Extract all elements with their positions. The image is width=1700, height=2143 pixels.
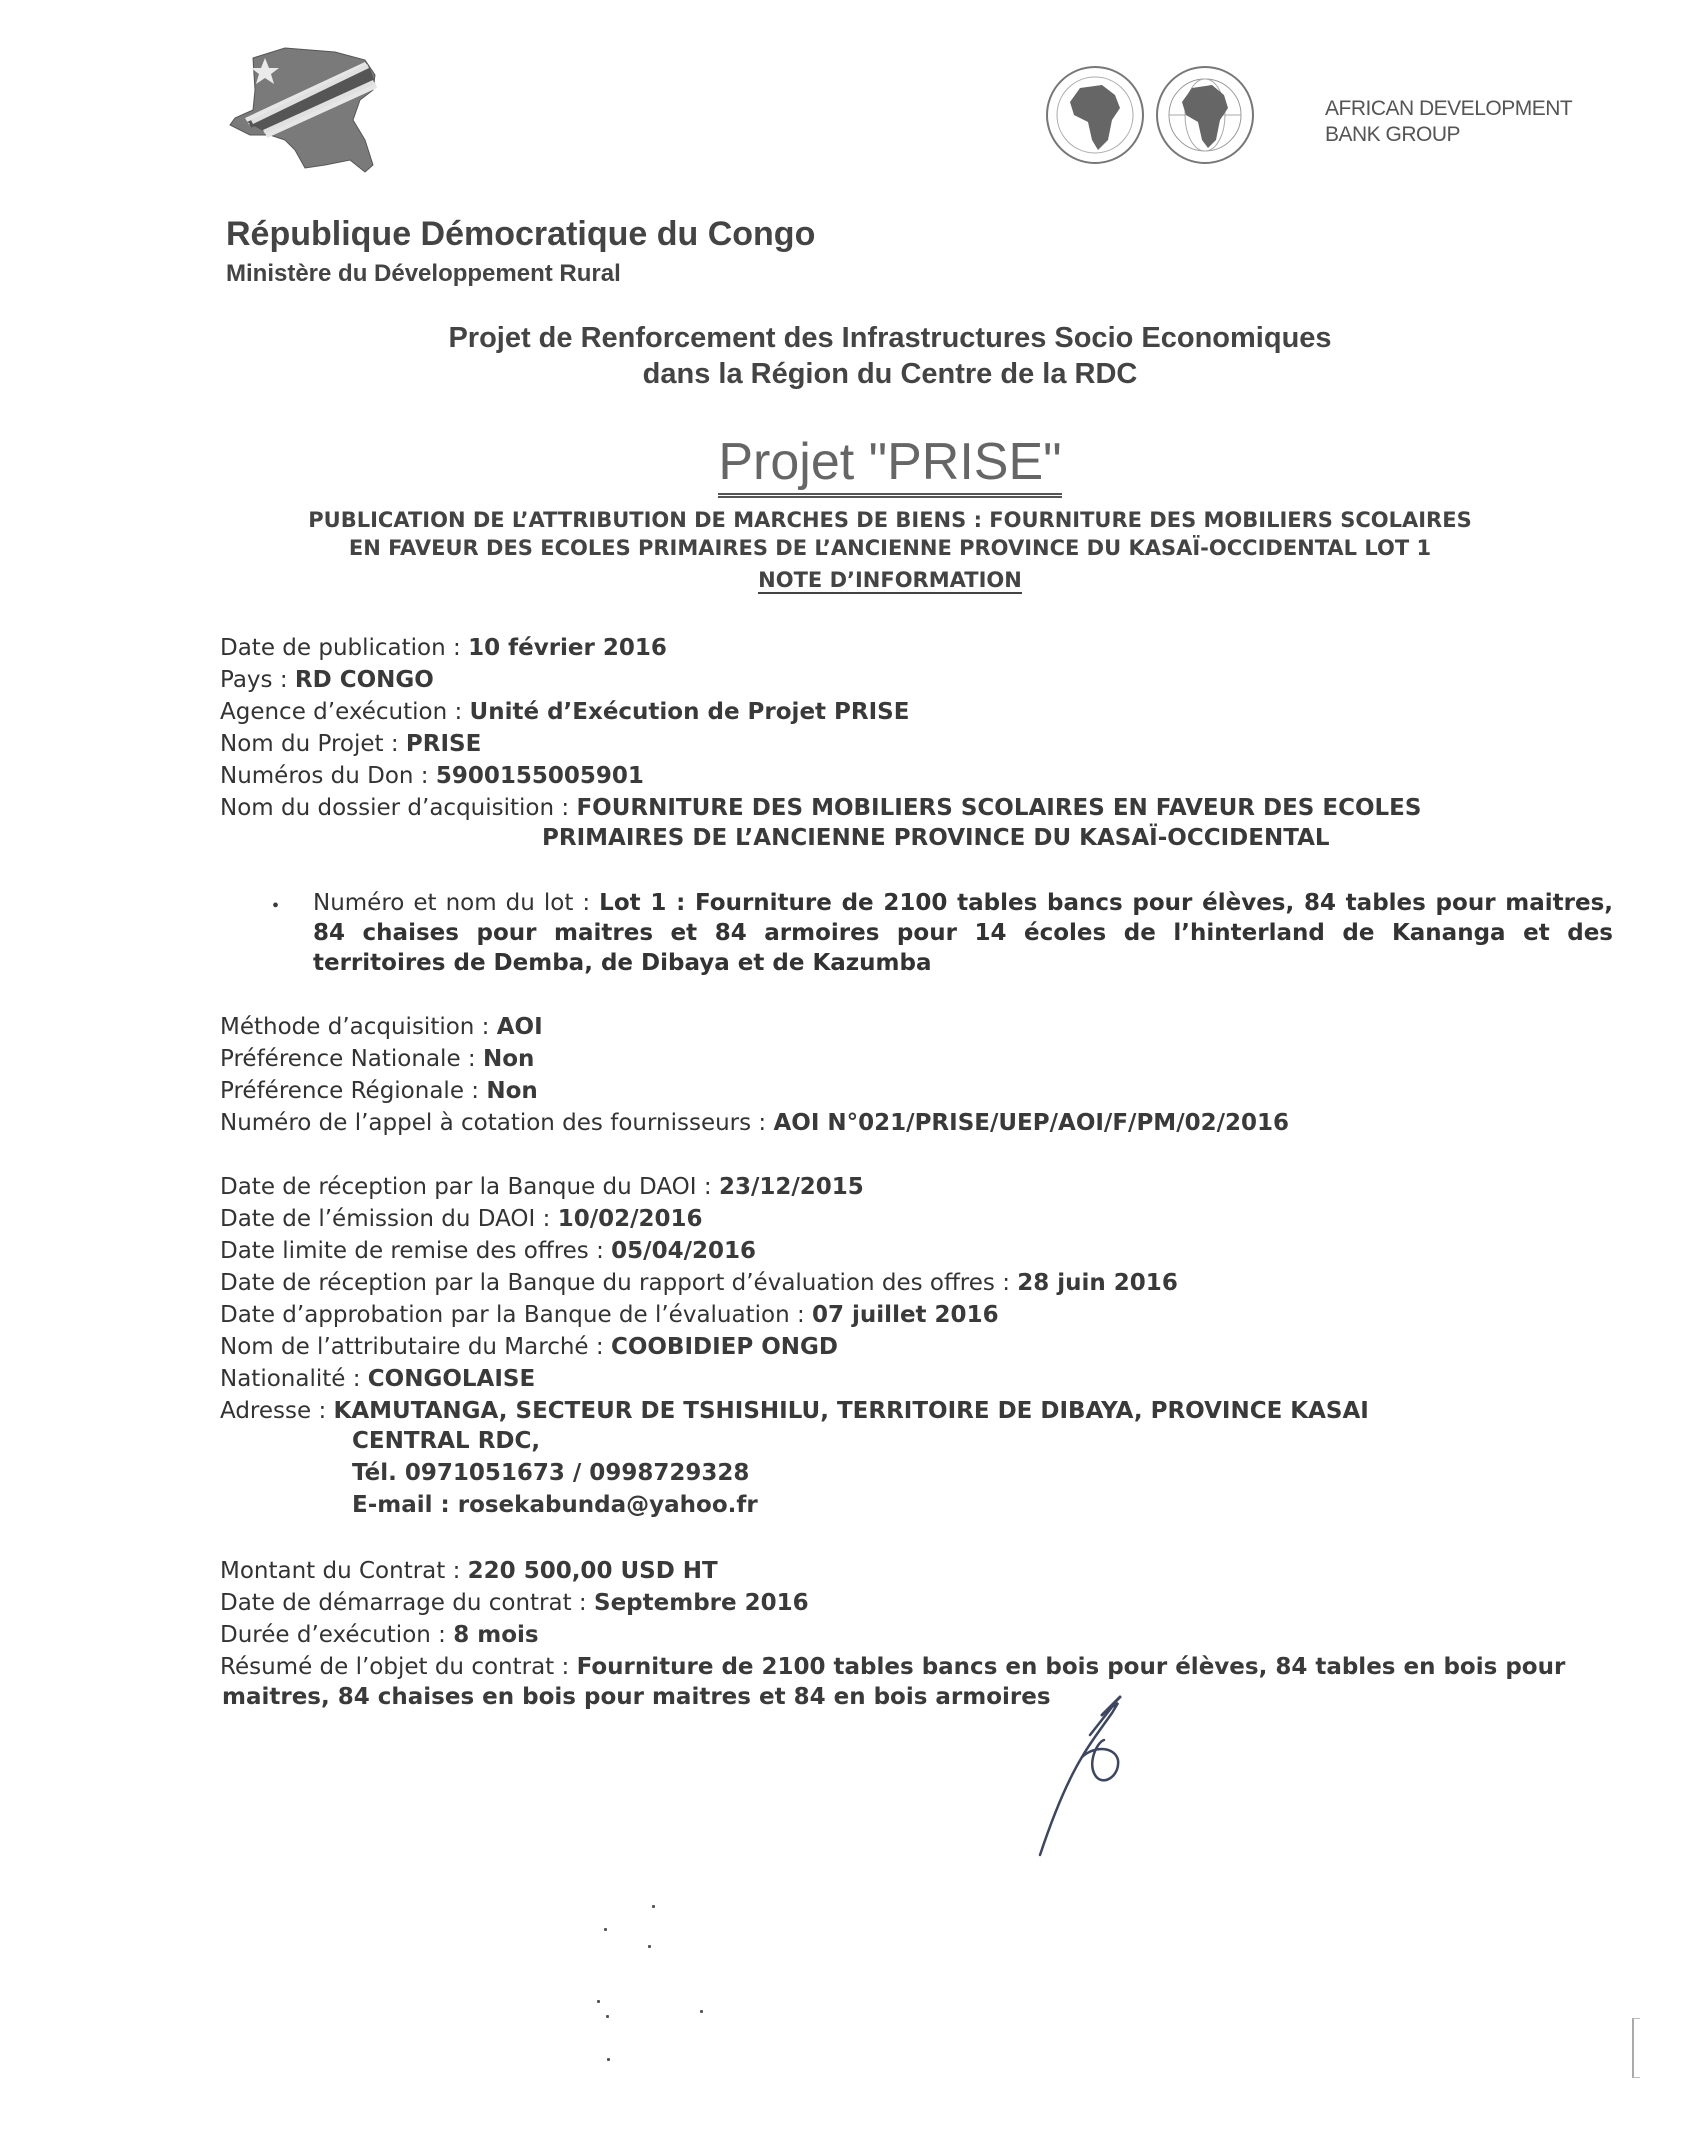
field-value: RD CONGO bbox=[295, 667, 434, 693]
field-label: Méthode d’acquisition : bbox=[220, 1014, 497, 1040]
field-label: Date de l’émission du DAOI : bbox=[220, 1206, 558, 1232]
field-label: Durée d’exécution : bbox=[220, 1622, 453, 1648]
field-adresse-line2: CENTRAL RDC, bbox=[352, 1428, 540, 1454]
field-date-rapport: Date de réception par la Banque du rappo… bbox=[220, 1268, 1178, 1298]
field-montant: Montant du Contrat : 220 500,00 USD HT bbox=[220, 1556, 718, 1586]
field-label: Nom de l’attributaire du Marché : bbox=[220, 1334, 611, 1360]
field-label: Adresse : bbox=[220, 1398, 334, 1424]
field-date-approbation: Date d’approbation par la Banque de l’év… bbox=[220, 1300, 999, 1330]
afdb-line1: AFRICAN DEVELOPMENT bbox=[1325, 96, 1572, 122]
field-label: Date de démarrage du contrat : bbox=[220, 1590, 594, 1616]
field-label: Nom du Projet : bbox=[220, 731, 406, 757]
project-name-heading: Projet "PRISE" bbox=[0, 432, 1700, 492]
field-label: Pays : bbox=[220, 667, 295, 693]
field-lot-line2: 84 chaises pour maitres et 84 armoires p… bbox=[313, 918, 1613, 948]
field-date-limite: Date limite de remise des offres : 05/04… bbox=[220, 1236, 756, 1266]
note-information: NOTE D’INFORMATION bbox=[758, 568, 1022, 594]
field-date-publication: Date de publication : 10 février 2016 bbox=[220, 633, 667, 663]
scan-artifact bbox=[597, 2000, 600, 2003]
field-numero-don: Numéros du Don : 5900155005901 bbox=[220, 761, 644, 791]
field-value: 220 500,00 USD HT bbox=[468, 1558, 718, 1584]
field-value: PRISE bbox=[406, 731, 481, 757]
field-label: Numéros du Don : bbox=[220, 763, 436, 789]
field-value: 05/04/2016 bbox=[611, 1238, 756, 1264]
field-label: Agence d’exécution : bbox=[220, 699, 470, 725]
field-label: Nationalité : bbox=[220, 1366, 368, 1392]
field-pref-nationale: Préférence Nationale : Non bbox=[220, 1044, 534, 1074]
field-adresse-tel: Tél. 0971051673 / 0998729328 bbox=[352, 1460, 749, 1486]
field-label: Date d’approbation par la Banque de l’év… bbox=[220, 1302, 812, 1328]
field-value: Lot 1 : Fourniture de 2100 tables bancs … bbox=[599, 890, 1613, 916]
field-lot-line3: territoires de Demba, de Dibaya et de Ka… bbox=[313, 948, 1613, 978]
field-duree: Durée d’exécution : 8 mois bbox=[220, 1620, 539, 1650]
field-value: AOI N°021/PRISE/UEP/AOI/F/PM/02/2016 bbox=[774, 1110, 1290, 1136]
field-resume: Résumé de l’objet du contrat : Fournitur… bbox=[220, 1652, 1565, 1682]
field-date-demarrage: Date de démarrage du contrat : Septembre… bbox=[220, 1588, 809, 1618]
field-nationalite: Nationalité : CONGOLAISE bbox=[220, 1364, 535, 1394]
field-value: 8 mois bbox=[453, 1622, 538, 1648]
afdb-line2: BANK GROUP bbox=[1325, 122, 1572, 148]
field-adresse-email: E-mail : rosekabunda@yahoo.fr bbox=[352, 1492, 758, 1518]
drc-map-flag-icon bbox=[225, 40, 405, 180]
field-value: 28 juin 2016 bbox=[1017, 1270, 1178, 1296]
field-label: Numéro de l’appel à cotation des fournis… bbox=[220, 1110, 774, 1136]
field-pref-regionale: Préférence Régionale : Non bbox=[220, 1076, 538, 1106]
field-value: Non bbox=[486, 1078, 537, 1104]
field-label: Montant du Contrat : bbox=[220, 1558, 468, 1584]
field-dossier-continued: PRIMAIRES DE L’ANCIENNE PROVINCE DU KASA… bbox=[542, 825, 1330, 851]
field-pays: Pays : RD CONGO bbox=[220, 665, 434, 695]
scan-artifact bbox=[607, 2058, 610, 2061]
field-value: KAMUTANGA, SECTEUR DE TSHISHILU, TERRITO… bbox=[334, 1398, 1369, 1424]
field-value: Unité d’Exécution de Projet PRISE bbox=[470, 699, 910, 725]
field-value: 23/12/2015 bbox=[719, 1174, 864, 1200]
field-agence: Agence d’exécution : Unité d’Exécution d… bbox=[220, 697, 909, 727]
field-value: Non bbox=[483, 1046, 534, 1072]
field-value: COOBIDIEP ONGD bbox=[611, 1334, 838, 1360]
field-label: Date limite de remise des offres : bbox=[220, 1238, 611, 1264]
afdb-wordmark: AFRICAN DEVELOPMENT BANK GROUP bbox=[1325, 96, 1572, 148]
scan-bracket-mark bbox=[1632, 2018, 1640, 2078]
scan-artifact bbox=[648, 1945, 651, 1948]
bullet-icon: • bbox=[272, 895, 279, 918]
field-nom-projet: Nom du Projet : PRISE bbox=[220, 729, 481, 759]
field-value: CONGOLAISE bbox=[368, 1366, 535, 1392]
field-label: Date de réception par la Banque du rappo… bbox=[220, 1270, 1017, 1296]
field-value: AOI bbox=[497, 1014, 543, 1040]
field-value: FOURNITURE DES MOBILIERS SCOLAIRES EN FA… bbox=[576, 795, 1421, 821]
scan-artifact bbox=[700, 2010, 703, 2013]
publication-title-line1: PUBLICATION DE L’ATTRIBUTION DE MARCHES … bbox=[0, 508, 1700, 532]
publication-title-line2: EN FAVEUR DES ECOLES PRIMAIRES DE L’ANCI… bbox=[0, 536, 1700, 560]
note-information-heading: NOTE D’INFORMATION bbox=[0, 568, 1700, 592]
field-value: Fourniture de 2100 tables bancs en bois … bbox=[577, 1654, 1566, 1680]
field-date-reception-daoi: Date de réception par la Banque du DAOI … bbox=[220, 1172, 864, 1202]
scan-artifact bbox=[606, 2015, 609, 2018]
scan-artifact bbox=[604, 1928, 607, 1931]
scan-artifact bbox=[652, 1905, 655, 1908]
field-label: Date de réception par la Banque du DAOI … bbox=[220, 1174, 719, 1200]
field-dossier: Nom du dossier d’acquisition : FOURNITUR… bbox=[220, 793, 1421, 823]
field-label: Nom du dossier d’acquisition : bbox=[220, 795, 576, 821]
afdb-seal-icons bbox=[1040, 60, 1300, 170]
field-methode: Méthode d’acquisition : AOI bbox=[220, 1012, 543, 1042]
field-adresse: Adresse : KAMUTANGA, SECTEUR DE TSHISHIL… bbox=[220, 1396, 1369, 1426]
project-title-line1: Projet de Renforcement des Infrastructur… bbox=[0, 322, 1700, 355]
field-value: Septembre 2016 bbox=[594, 1590, 809, 1616]
field-label: Numéro et nom du lot : bbox=[313, 890, 599, 916]
field-value: 10 février 2016 bbox=[468, 635, 667, 661]
project-title-line2: dans la Région du Centre de la RDC bbox=[0, 358, 1700, 391]
field-value: 5900155005901 bbox=[436, 763, 644, 789]
ministry-heading: Ministère du Développement Rural bbox=[226, 260, 621, 288]
field-label: Date de publication : bbox=[220, 635, 468, 661]
field-value: 07 juillet 2016 bbox=[812, 1302, 999, 1328]
field-label: Résumé de l’objet du contrat : bbox=[220, 1654, 577, 1680]
field-label: Préférence Régionale : bbox=[220, 1078, 486, 1104]
field-attributaire: Nom de l’attributaire du Marché : COOBID… bbox=[220, 1332, 838, 1362]
field-numero-appel: Numéro de l’appel à cotation des fournis… bbox=[220, 1108, 1289, 1138]
handwritten-signature bbox=[1020, 1685, 1180, 1865]
field-value: 10/02/2016 bbox=[558, 1206, 703, 1232]
field-lot-line1: Numéro et nom du lot : Lot 1 : Fournitur… bbox=[313, 888, 1613, 918]
project-name: Projet "PRISE" bbox=[718, 433, 1061, 498]
field-label: Préférence Nationale : bbox=[220, 1046, 483, 1072]
field-date-emission-daoi: Date de l’émission du DAOI : 10/02/2016 bbox=[220, 1204, 703, 1234]
field-resume-continued: maitres, 84 chaises en bois pour maitres… bbox=[222, 1684, 1051, 1710]
country-heading: République Démocratique du Congo bbox=[226, 215, 815, 254]
